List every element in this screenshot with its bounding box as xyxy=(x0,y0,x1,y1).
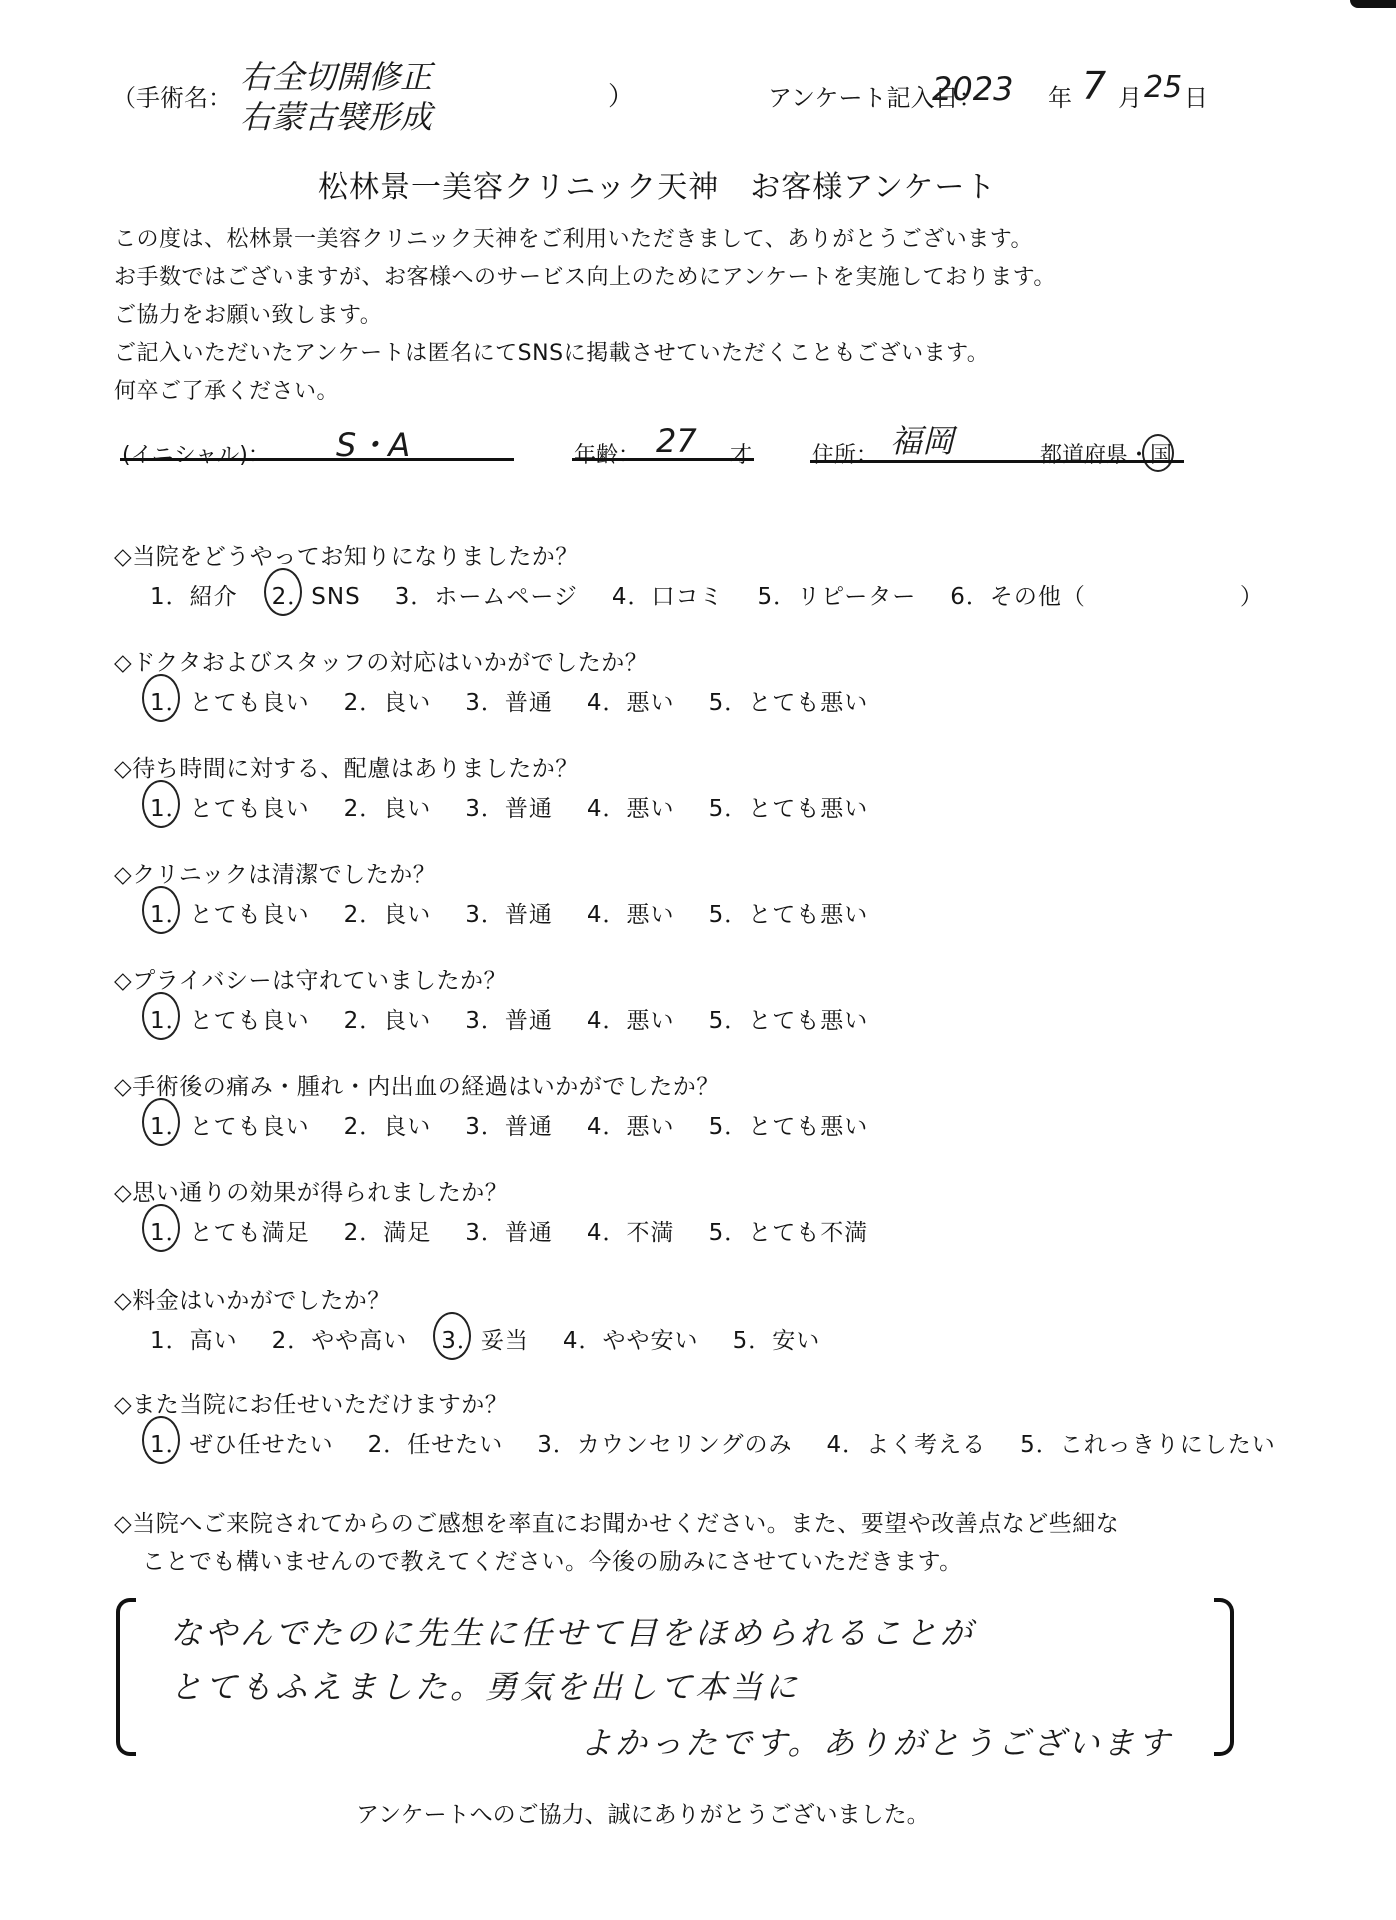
address-value[interactable]: 福岡 xyxy=(890,416,954,462)
answer-option[interactable]: 4．悪い xyxy=(587,684,675,717)
answer-options: 1．とても良い2．良い3．普通4．悪い5．とても悪い xyxy=(150,896,902,929)
selected-circle-mark xyxy=(142,886,180,934)
answer-option[interactable]: 4．悪い xyxy=(587,1002,675,1035)
answer-option[interactable]: 3．普通 xyxy=(465,1108,553,1141)
selected-circle-mark xyxy=(142,780,180,828)
question-text: ◇ドクタおよびスタッフの対応はいかがでしたか？ xyxy=(114,644,648,677)
answer-option[interactable]: 3．普通 xyxy=(465,896,553,929)
feedback-prompt-line: ◇当院へご来院されてからのご感想を率直にお聞かせください。また、要望や改善点など… xyxy=(114,1505,1119,1538)
intro-line: この度は、松林景一美容クリニック天神をご利用いただきまして、ありがとうございます… xyxy=(114,222,1033,253)
answer-option[interactable]: 2．良い xyxy=(344,1002,432,1035)
comment-line[interactable]: なやんでたのに先生に任せて目をほめられることが xyxy=(170,1608,975,1654)
answer-option[interactable]: 1．とても良い xyxy=(150,896,310,929)
age-unit: 才 xyxy=(730,438,752,469)
month-unit: 月 xyxy=(1118,78,1142,113)
survey-date-day: 25 xyxy=(1144,70,1182,105)
answer-option[interactable]: 4．悪い xyxy=(587,790,675,823)
answer-option[interactable]: 1．とても良い xyxy=(150,790,310,823)
answer-option[interactable]: 2．満足 xyxy=(344,1214,432,1247)
answer-options: 1．とても良い2．良い3．普通4．悪い5．とても悪い xyxy=(150,1002,902,1035)
answer-option[interactable]: 4．悪い xyxy=(587,896,675,929)
selected-circle-mark xyxy=(142,992,180,1040)
intro-line: お手数ではございますが、お客様へのサービス向上のためにアンケートを実施しておりま… xyxy=(114,260,1056,291)
answer-option[interactable]: 4．やや安い xyxy=(563,1322,699,1355)
day-unit: 日 xyxy=(1184,78,1208,113)
question-text: ◇当院をどうやってお知りになりましたか？ xyxy=(114,538,579,571)
age-value[interactable]: 27 xyxy=(656,422,697,460)
selected-circle-mark xyxy=(433,1312,471,1360)
address-label: 住所： xyxy=(812,438,878,469)
answer-option[interactable]: 5．とても不満 xyxy=(709,1214,869,1247)
survey-date-month: 7 xyxy=(1082,64,1106,108)
survey-date-year: 2023 xyxy=(932,70,1013,108)
address-underline xyxy=(810,460,1184,463)
initial-label: (イニシャル)： xyxy=(122,438,270,469)
intro-line: ご記入いただいたアンケートは匿名にてSNSに掲載させていただくこともございます。 xyxy=(114,336,989,367)
answer-option[interactable]: 5．とても悪い xyxy=(709,684,869,717)
answer-option[interactable]: 5．とても悪い xyxy=(709,896,869,929)
answer-option[interactable]: 5．安い xyxy=(733,1322,821,1355)
address-prefecture-circle-mark xyxy=(1142,434,1174,472)
answer-options: 1．とても良い2．良い3．普通4．悪い5．とても悪い xyxy=(150,684,902,717)
selected-circle-mark xyxy=(142,1204,180,1252)
answer-option[interactable]: 1．ぜひ任せたい xyxy=(150,1426,334,1459)
intro-line: ご協力をお願い致します。 xyxy=(114,298,382,329)
answer-option[interactable]: 1．とても良い xyxy=(150,1108,310,1141)
answer-option[interactable]: 3．ホームページ xyxy=(395,578,578,611)
answer-option[interactable]: 5．リピーター xyxy=(758,578,917,611)
answer-option[interactable]: 4．口コミ xyxy=(612,578,724,611)
page-title: 松林景一美容クリニック天神 お客様アンケート xyxy=(318,162,996,206)
answer-option[interactable]: 5．とても悪い xyxy=(709,1002,869,1035)
answer-option[interactable]: 5．とても悪い xyxy=(709,790,869,823)
answer-option[interactable]: 2．良い xyxy=(344,684,432,717)
answer-option[interactable]: 3．カウンセリングのみ xyxy=(537,1426,792,1459)
answer-option[interactable]: 5．これっきりにしたい xyxy=(1020,1426,1276,1459)
answer-option[interactable]: 6．その他（ xyxy=(950,578,1086,611)
surgery-name-close-paren: ） xyxy=(608,76,634,113)
answer-option[interactable]: 4．よく考える xyxy=(826,1426,986,1459)
answer-option[interactable]: 1．高い xyxy=(150,1322,238,1355)
selected-circle-mark xyxy=(264,568,302,616)
answer-option[interactable]: 4．不満 xyxy=(587,1214,675,1247)
answer-options: 1．とても良い2．良い3．普通4．悪い5．とても悪い xyxy=(150,1108,902,1141)
question-text: ◇待ち時間に対する、配慮はありましたか？ xyxy=(114,750,579,783)
answer-option[interactable]: 3．普通 xyxy=(465,684,553,717)
answer-option[interactable]: 1．紹介 xyxy=(150,578,238,611)
initial-underline xyxy=(120,458,514,461)
answer-option[interactable]: 3．普通 xyxy=(465,790,553,823)
surgery-name-line-2: 右蒙古襞形成 xyxy=(240,92,432,138)
answer-option[interactable]: 5．とても悪い xyxy=(709,1108,869,1141)
answer-option[interactable]: 4．悪い xyxy=(587,1108,675,1141)
question-text: ◇また当院にお任せいただけますか？ xyxy=(114,1386,508,1419)
answer-options: 1．紹介2．SNS3．ホームページ4．口コミ5．リピーター6．その他（） xyxy=(150,578,1298,611)
answer-options: 1．とても良い2．良い3．普通4．悪い5．とても悪い xyxy=(150,790,902,823)
other-close-paren: ） xyxy=(1240,578,1264,611)
question-text: ◇クリニックは清潔でしたか？ xyxy=(114,856,436,889)
comment-line[interactable]: よかったです。ありがとうございます xyxy=(580,1718,1172,1764)
age-label: 年齢： xyxy=(574,438,640,469)
year-unit: 年 xyxy=(1048,78,1072,113)
answer-option[interactable]: 2．良い xyxy=(344,1108,432,1141)
question-text: ◇思い通りの効果が得られましたか？ xyxy=(114,1174,508,1207)
question-text: ◇手術後の痛み・腫れ・内出血の経過はいかがでしたか？ xyxy=(114,1068,720,1101)
answer-options: 1．ぜひ任せたい2．任せたい3．カウンセリングのみ4．よく考える5．これっきりに… xyxy=(150,1426,1310,1459)
selected-circle-mark xyxy=(142,1416,180,1464)
answer-option[interactable]: 3．妥当 xyxy=(441,1322,529,1355)
answer-options: 1．高い2．やや高い3．妥当4．やや安い5．安い xyxy=(150,1322,854,1355)
answer-option[interactable]: 1．とても良い xyxy=(150,684,310,717)
surgery-name-label: （手術名： xyxy=(112,78,232,113)
selected-circle-mark xyxy=(142,1098,180,1146)
answer-option[interactable]: 2．良い xyxy=(344,896,432,929)
answer-option[interactable]: 1．とても良い xyxy=(150,1002,310,1035)
feedback-prompt-line: ことでも構いませんので教えてください。今後の励みにさせていただきます。 xyxy=(142,1543,963,1576)
answer-option[interactable]: 3．普通 xyxy=(465,1002,553,1035)
footer-thanks: アンケートへのご協力、誠にありがとうございました。 xyxy=(356,1796,930,1829)
comment-bracket-right xyxy=(1214,1598,1234,1756)
question-text: ◇プライバシーは守れていましたか？ xyxy=(114,962,507,995)
question-text: ◇料金はいかがでしたか？ xyxy=(114,1282,391,1315)
answer-option[interactable]: 2．SNS xyxy=(272,578,361,611)
answer-option[interactable]: 2．やや高い xyxy=(272,1322,408,1355)
intro-line: 何卒ご了承ください。 xyxy=(114,374,339,405)
answer-option[interactable]: 1．とても満足 xyxy=(150,1214,310,1247)
answer-option[interactable]: 2．良い xyxy=(344,790,432,823)
selected-circle-mark xyxy=(142,674,180,722)
comment-line[interactable]: とてもふえました。勇気を出して本当に xyxy=(170,1662,800,1708)
comment-bracket-left xyxy=(116,1598,136,1756)
age-underline xyxy=(572,458,754,461)
answer-option[interactable]: 3．普通 xyxy=(465,1214,553,1247)
answer-option[interactable]: 2．任せたい xyxy=(368,1426,504,1459)
answer-options: 1．とても満足2．満足3．普通4．不満5．とても不満 xyxy=(150,1214,902,1247)
scan-edge-mark xyxy=(1350,0,1396,8)
